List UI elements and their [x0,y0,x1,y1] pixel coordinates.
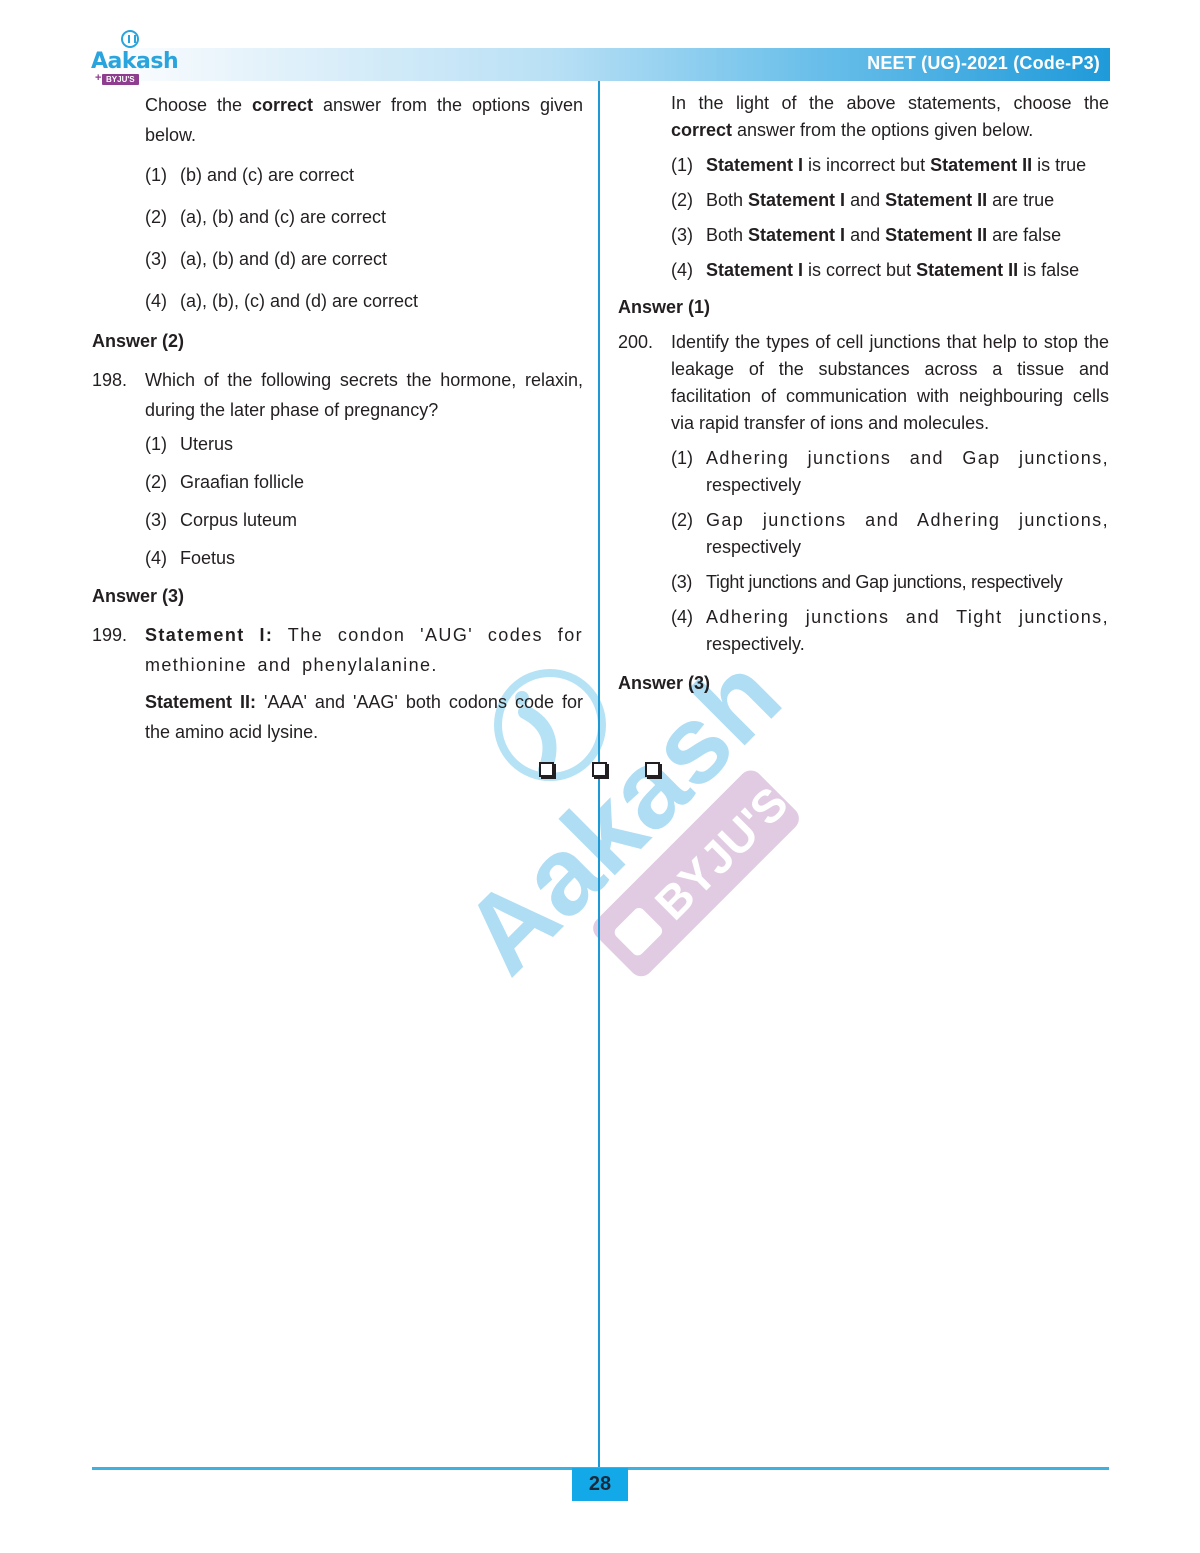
q200-option-1: (1)Adhering junctions and Gap junctions,… [618,445,1109,499]
end-box-icon [592,762,607,777]
q197-option-2: (2)(a), (b) and (c) are correct [92,204,583,231]
q200-answer: Answer (3) [618,670,1109,697]
end-box-icon [645,762,660,777]
q199-instruction: In the light of the above statements, ch… [618,90,1109,144]
q199-statement-2: Statement II: 'AAA' and 'AAG' both codon… [92,687,583,747]
exam-title: NEET (UG)-2021 (Code-P3) [867,53,1100,74]
q198-question: 198.Which of the following secrets the h… [92,365,583,425]
q200-option-2: (2)Gap junctions and Adhering junctions,… [618,507,1109,561]
q199-option-4: (4)Statement I is correct but Statement … [618,257,1109,284]
q197-option-4: (4)(a), (b), (c) and (d) are correct [92,288,583,315]
end-box-icon [539,762,554,777]
q198-option-1: (1)Uterus [92,431,583,458]
q199-statement-1: 199.Statement I: The condon 'AUG' codes … [92,620,583,680]
logo-plus-icon: + [95,72,101,84]
q198-option-2: (2)Graafian follicle [92,469,583,496]
q198-option-3: (3)Corpus luteum [92,507,583,534]
q200-question: 200.Identify the types of cell junctions… [618,329,1109,437]
logo-sub: BYJU'S [102,74,139,85]
aakash-emblem-icon [121,30,139,48]
q198-option-4: (4)Foetus [92,545,583,572]
q197-instruction: Choose the correct answer from the optio… [92,90,583,150]
q197-answer: Answer (2) [92,328,583,355]
page-number: 28 [572,1468,628,1501]
q197-option-3: (3)(a), (b) and (d) are correct [92,246,583,273]
q199-option-3: (3)Both Statement I and Statement II are… [618,222,1109,249]
left-column: Choose the correct answer from the optio… [92,90,583,747]
section-end-marks [537,762,667,786]
q200-option-4: (4)Adhering junctions and Tight junction… [618,604,1109,658]
svg-text:BYJU'S: BYJU'S [645,777,798,930]
q200-option-3: (3)Tight junctions and Gap junctions, re… [618,569,1109,596]
logo-brand: Aakash [91,49,178,74]
q198-answer: Answer (3) [92,583,583,610]
right-column: In the light of the above statements, ch… [618,90,1109,697]
q199-answer: Answer (1) [618,294,1109,321]
aakash-logo: Aakash + BYJU'S [88,27,178,87]
q197-option-1: (1)(b) and (c) are correct [92,162,583,189]
q199-option-1: (1)Statement I is incorrect but Statemen… [618,152,1109,179]
q199-option-2: (2)Both Statement I and Statement II are… [618,187,1109,214]
